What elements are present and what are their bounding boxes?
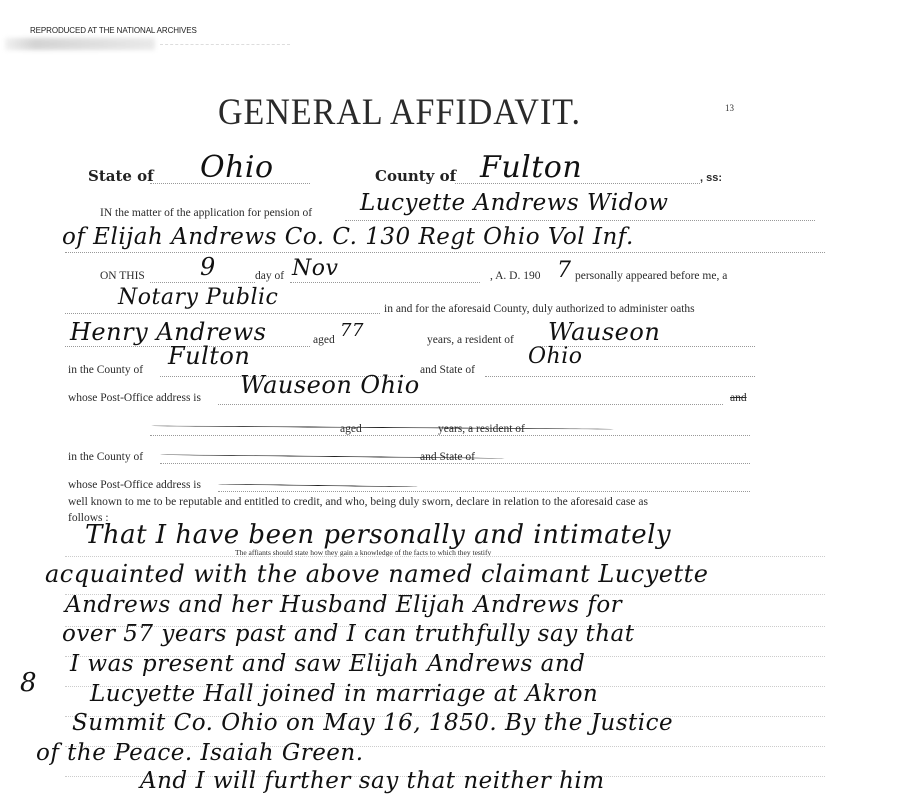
soldier-value: of Elijah Andrews Co. C. 130 Regt Ohio V… xyxy=(62,224,634,250)
affiant2-postoffice-label: whose Post-Office address is xyxy=(68,479,201,491)
affiant2-aged-label: aged xyxy=(340,423,362,435)
affiant1-state-dotline xyxy=(485,376,755,377)
affiant2-county-dotline xyxy=(160,463,750,464)
testimony-line: Summit Co. Ohio on May 16, 1850. By the … xyxy=(72,710,673,736)
matter-dotline-1 xyxy=(345,220,815,221)
affiant2-resident-label: years, a resident of xyxy=(438,423,525,435)
testimony-line: Lucyette Hall joined in marriage at Akro… xyxy=(90,681,598,707)
redacted-bar xyxy=(5,38,155,50)
testimony-line: And I will further say that neither him xyxy=(140,768,605,794)
day-of-label: day of xyxy=(255,270,284,282)
authority-label: in and for the aforesaid County, duly au… xyxy=(384,303,695,315)
county-label: County of xyxy=(375,167,456,185)
appeared-label: personally appeared before me, a xyxy=(575,270,727,282)
rule-line xyxy=(65,556,825,557)
matter-dotline-2 xyxy=(65,252,825,253)
affiant2-state-label: and State of xyxy=(420,451,475,463)
state-value: Ohio xyxy=(200,150,274,185)
affiant1-postoffice-value: Wauseon Ohio xyxy=(240,371,420,399)
testimony-line: I was present and saw Elijah Andrews and xyxy=(70,651,585,677)
affiant1-postoffice-label: whose Post-Office address is xyxy=(68,392,201,404)
declaration-text: well known to me to be reputable and ent… xyxy=(68,496,648,508)
page-number: 13 xyxy=(725,103,734,113)
affiant1-county-value: Fulton xyxy=(168,342,250,370)
testimony-line: Andrews and her Husband Elijah Andrews f… xyxy=(65,592,622,618)
document-title: GENERAL AFFIDAVIT. xyxy=(218,92,581,134)
state-label: State of xyxy=(88,167,154,185)
month-dotline xyxy=(290,282,480,283)
affiant1-state-label: and State of xyxy=(420,364,475,376)
faint-rule xyxy=(160,44,290,45)
testimony-line: That I have been personally and intimate… xyxy=(85,520,671,550)
affiant1-resident-label: years, a resident of xyxy=(427,334,514,346)
affiant2-postoffice-strike xyxy=(218,484,418,488)
affiant2-county-label: in the County of xyxy=(68,451,143,463)
affiant2-strike xyxy=(150,425,615,429)
testimony-line: over 57 years past and I can truthfully … xyxy=(62,621,635,647)
month-value: Nov xyxy=(292,256,338,281)
county-value: Fulton xyxy=(480,150,582,185)
affiant2-dotline xyxy=(150,435,750,436)
testimony-line: acquainted with the above named claimant… xyxy=(45,560,708,588)
affiant1-residence-value: Wauseon xyxy=(548,318,660,346)
affiant2-postoffice-dotline xyxy=(218,491,750,492)
affiant1-state-value: Ohio xyxy=(528,344,583,369)
year-value: 7 xyxy=(557,258,572,283)
archive-stamp: REPRODUCED AT THE NATIONAL ARCHIVES xyxy=(30,26,197,35)
on-this-label: ON THIS xyxy=(100,270,145,282)
affiant1-county-label: in the County of xyxy=(68,364,143,376)
matter-label: IN the matter of the application for pen… xyxy=(100,207,312,219)
day-value: 9 xyxy=(200,253,216,281)
affiant1-and-label: and xyxy=(730,392,747,404)
ad-label: , A. D. 190 xyxy=(490,270,540,282)
officer-value: Notary Public xyxy=(118,285,278,310)
affiant1-postoffice-dotline xyxy=(218,404,723,405)
affiant1-age-value: 77 xyxy=(340,320,364,341)
affiant1-aged-label: aged xyxy=(313,334,335,346)
testimony-line: of the Peace. Isaiah Green. xyxy=(36,740,364,766)
ss-label: , ss: xyxy=(700,172,722,184)
margin-mark: 8 xyxy=(20,668,37,698)
officer-dotline xyxy=(65,313,380,314)
claimant-value: Lucyette Andrews Widow xyxy=(360,190,668,216)
day-dotline xyxy=(150,282,255,283)
